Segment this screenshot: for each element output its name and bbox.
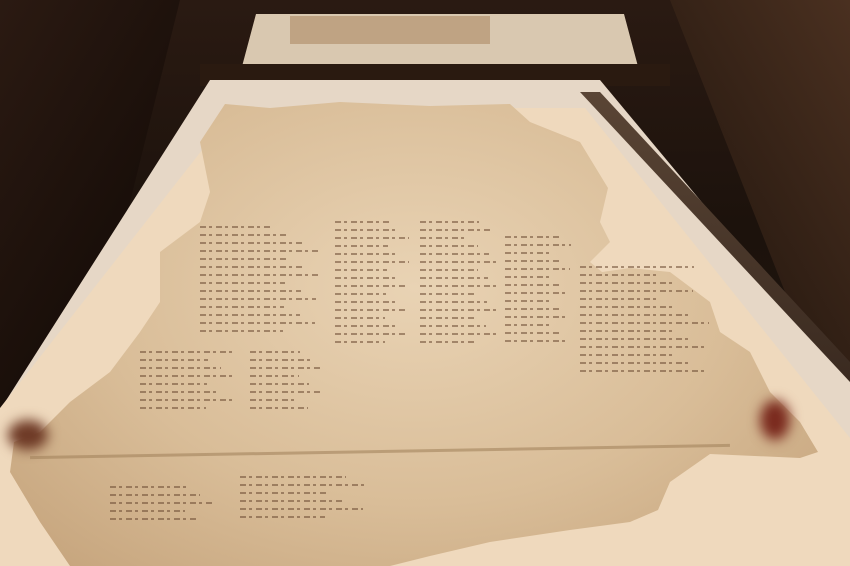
script-line xyxy=(140,351,235,353)
script-line xyxy=(140,367,221,369)
script-line xyxy=(110,510,185,512)
script-line xyxy=(240,508,363,510)
script-line xyxy=(140,407,206,409)
script-line xyxy=(505,292,569,294)
script-line xyxy=(420,253,489,255)
script-line xyxy=(110,502,215,504)
script-line xyxy=(420,325,486,327)
red-seal-stain-left xyxy=(8,420,48,450)
script-line xyxy=(580,282,676,284)
script-line xyxy=(335,261,409,263)
script-line xyxy=(505,284,560,286)
script-line xyxy=(200,290,301,292)
script-line xyxy=(335,237,409,239)
script-line xyxy=(580,338,691,340)
script-line xyxy=(505,308,560,310)
script-line xyxy=(335,221,389,223)
script-line xyxy=(140,399,233,401)
script-line xyxy=(335,317,385,319)
script-line xyxy=(335,301,397,303)
script-line xyxy=(505,332,559,334)
script-line xyxy=(250,391,320,393)
script-column xyxy=(420,215,500,349)
script-line xyxy=(505,276,551,278)
script-column xyxy=(140,345,240,415)
script-line xyxy=(110,518,199,520)
script-line xyxy=(505,260,561,262)
far-document xyxy=(290,16,490,44)
script-line xyxy=(250,383,309,385)
script-line xyxy=(580,354,672,356)
script-column xyxy=(335,215,415,349)
script-line xyxy=(580,266,694,268)
script-line xyxy=(140,391,220,393)
script-line xyxy=(580,298,658,300)
script-line xyxy=(580,314,692,316)
script-line xyxy=(200,306,284,308)
script-line xyxy=(420,221,479,223)
script-line xyxy=(505,236,562,238)
script-line xyxy=(420,237,468,239)
script-line xyxy=(505,244,571,246)
script-line xyxy=(110,494,200,496)
script-line xyxy=(200,250,319,252)
script-line xyxy=(200,322,315,324)
script-line xyxy=(505,300,551,302)
script-line xyxy=(335,309,407,311)
script-line xyxy=(335,285,408,287)
script-line xyxy=(335,325,396,327)
script-line xyxy=(200,274,318,276)
museum-photo: Aged handwritten manuscript on irregular… xyxy=(0,0,850,566)
script-line xyxy=(240,492,327,494)
script-line xyxy=(200,266,302,268)
script-line xyxy=(200,282,285,284)
script-line xyxy=(505,316,569,318)
script-line xyxy=(250,367,320,369)
script-line xyxy=(200,298,316,300)
script-line xyxy=(200,234,288,236)
script-line xyxy=(240,516,325,518)
script-line xyxy=(420,229,490,231)
script-line xyxy=(580,346,707,348)
script-line xyxy=(335,269,387,271)
script-line xyxy=(240,500,345,502)
script-line xyxy=(335,229,399,231)
script-column xyxy=(580,260,710,378)
red-seal-stain-right xyxy=(760,400,790,440)
script-column xyxy=(250,345,330,415)
script-line xyxy=(200,226,272,228)
script-line xyxy=(420,277,488,279)
script-line xyxy=(240,476,346,478)
script-line xyxy=(505,324,550,326)
script-line xyxy=(250,407,308,409)
script-line xyxy=(420,341,475,343)
script-line xyxy=(250,359,310,361)
script-line xyxy=(580,370,706,372)
script-line xyxy=(420,317,476,319)
script-line xyxy=(420,245,478,247)
script-line xyxy=(335,245,388,247)
script-line xyxy=(140,375,234,377)
script-line xyxy=(420,301,487,303)
script-line xyxy=(200,242,303,244)
script-line xyxy=(200,330,283,332)
script-line xyxy=(240,484,365,486)
script-line xyxy=(580,362,689,364)
script-line xyxy=(420,269,478,271)
script-line xyxy=(505,252,552,254)
script-line xyxy=(580,322,709,324)
script-line xyxy=(420,293,477,295)
script-line xyxy=(140,359,208,361)
script-line xyxy=(505,340,568,342)
script-line xyxy=(250,399,298,401)
script-line xyxy=(505,268,570,270)
script-line xyxy=(335,293,386,295)
script-line xyxy=(420,309,498,311)
script-line xyxy=(580,274,659,276)
script-line xyxy=(200,314,300,316)
script-line xyxy=(420,261,499,263)
script-line xyxy=(250,351,300,353)
script-column xyxy=(110,480,220,526)
script-line xyxy=(335,341,385,343)
script-line xyxy=(110,486,186,488)
script-line xyxy=(580,306,675,308)
script-column xyxy=(505,230,575,348)
script-line xyxy=(250,375,299,377)
script-line xyxy=(140,383,207,385)
script-line xyxy=(580,330,674,332)
script-column xyxy=(200,220,320,338)
script-column xyxy=(240,470,380,524)
script-line xyxy=(200,258,286,260)
script-line xyxy=(335,253,398,255)
script-line xyxy=(335,277,397,279)
script-line xyxy=(420,333,497,335)
script-line xyxy=(335,333,406,335)
script-line xyxy=(580,290,693,292)
script-line xyxy=(420,285,498,287)
